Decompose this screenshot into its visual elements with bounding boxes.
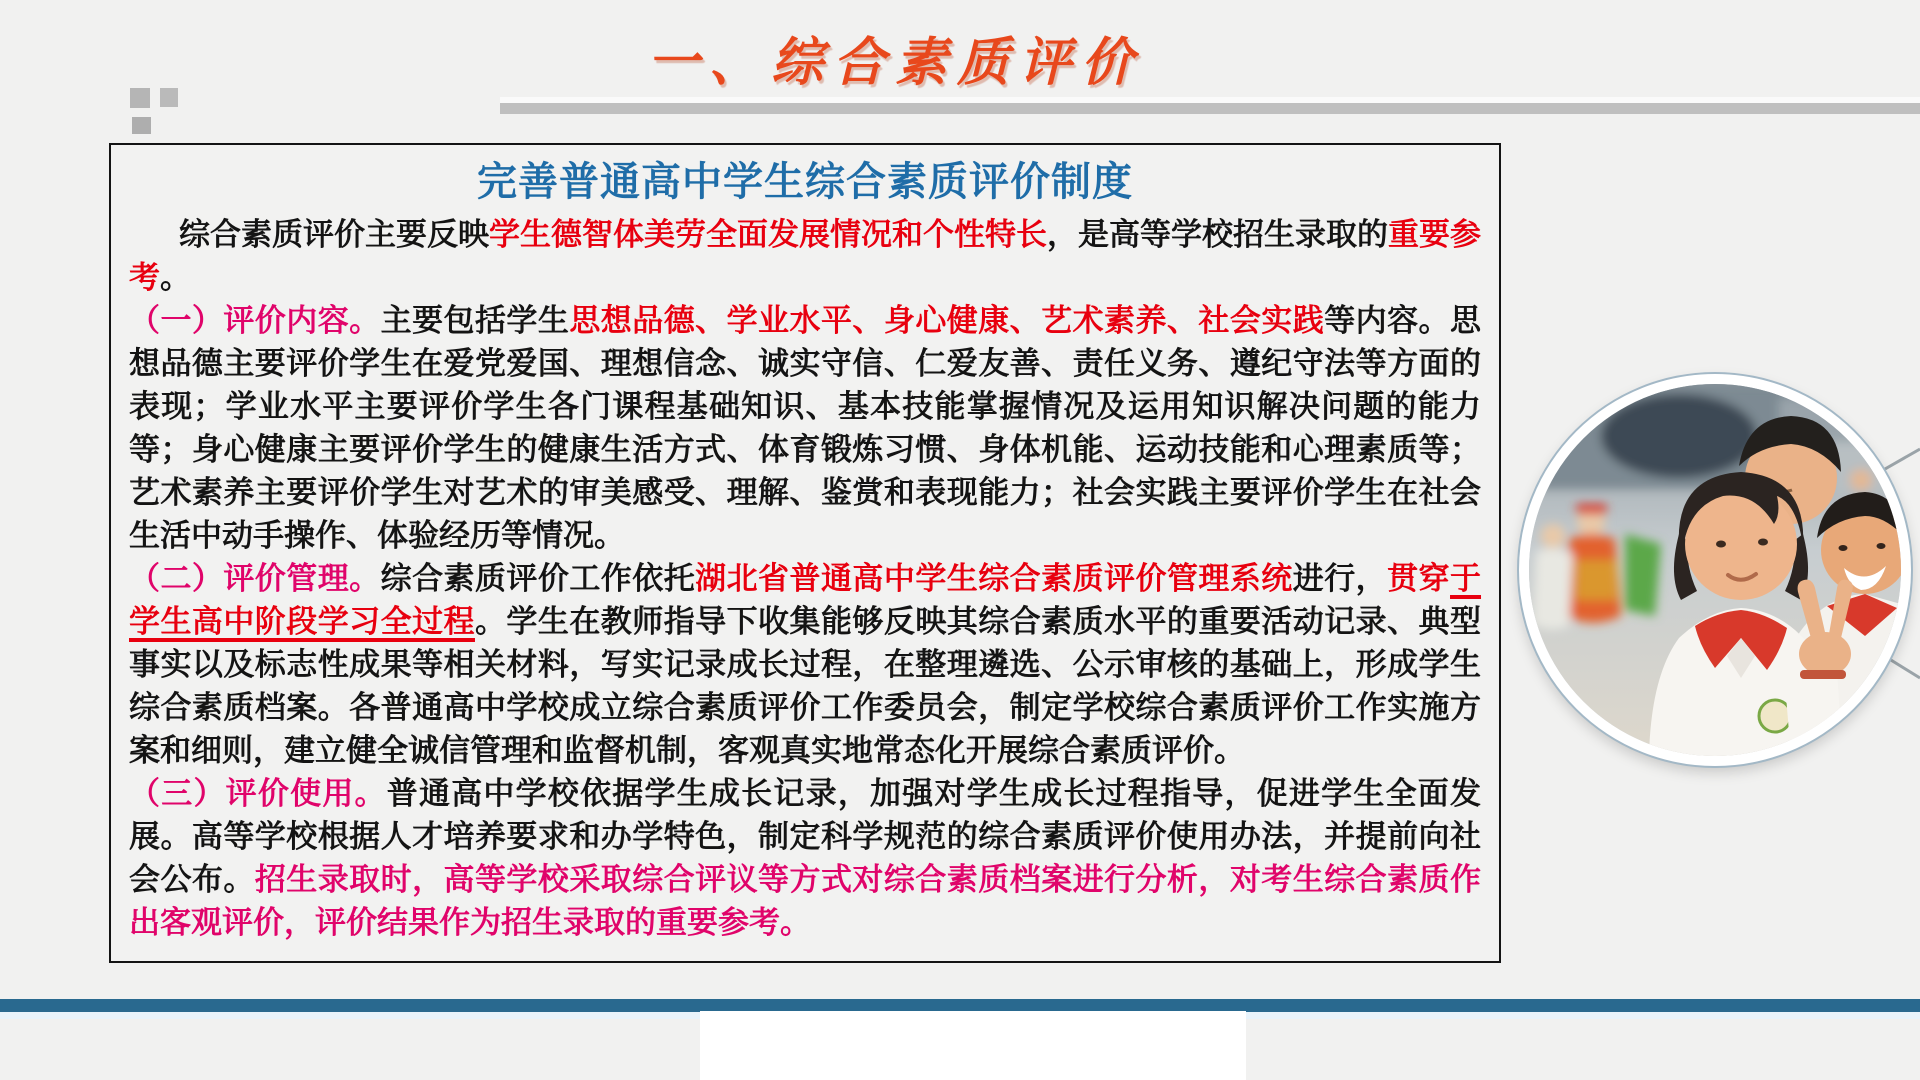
students-photo-illustration [1529,384,1901,756]
slide-title: 一、综合素质评价 [0,20,1790,95]
content-box: 完善普通高中学生综合素质评价制度 综合素质评价主要反映学生德智体美劳全面发展情况… [109,143,1501,963]
text-run: 学生德智体美劳全面发展情况和个性特长 [489,217,1047,252]
text-run: 湖北省普通高中学生综合素质评价管理系统 [695,561,1293,596]
text-run: 思想品德、学业水平、身心健康、艺术素养、社会实践 [569,303,1324,338]
decor-square-2 [160,88,178,107]
decor-square-1 [130,88,150,108]
title-divider-bar [500,103,1920,114]
text-run: 综合素质评价工作依托 [381,561,696,596]
text-run: 招生录取时，高等学校采取综合评议等方式对综合素质档案进行分析，对考生综合素质作出… [129,862,1481,940]
content-box-title: 完善普通高中学生综合素质评价制度 [129,157,1481,207]
text-run: （三）评价使用。 [129,776,387,811]
text-run: 等内容。思想品德主要评价学生在爱党爱国、理想信念、诚实守信、仁爱友善、责任义务、… [129,303,1481,553]
paragraph: （三）评价使用。普通高中学校依据学生成长记录，加强对学生成长过程指导，促进学生全… [129,772,1481,944]
connector-line-top [1878,449,1920,473]
text-run: 主要包括学生 [381,303,570,338]
paragraph: （一）评价内容。主要包括学生思想品德、学业水平、身心健康、艺术素养、社会实践等内… [129,299,1481,557]
text-run: ，是高等学校招生录取的 [1047,217,1388,252]
students-photo [1519,374,1911,766]
text-run: 。 [160,260,191,295]
bottom-white-panel [700,1011,1246,1080]
text-run: 进行， [1293,561,1387,596]
text-run: （一）评价内容。 [129,303,381,338]
text-run: 贯穿 [1387,561,1450,596]
text-run: （二）评价管理。 [129,561,381,596]
paragraph: 综合素质评价主要反映学生德智体美劳全面发展情况和个性特长，是高等学校招生录取的重… [129,213,1481,299]
text-run: 综合素质评价主要反映 [179,217,489,252]
decor-square-3 [132,117,151,134]
paragraph: （二）评价管理。综合素质评价工作依托湖北省普通高中学生综合素质评价管理系统进行，… [129,557,1481,772]
body-text: 综合素质评价主要反映学生德智体美劳全面发展情况和个性特长，是高等学校招生录取的重… [129,213,1481,944]
